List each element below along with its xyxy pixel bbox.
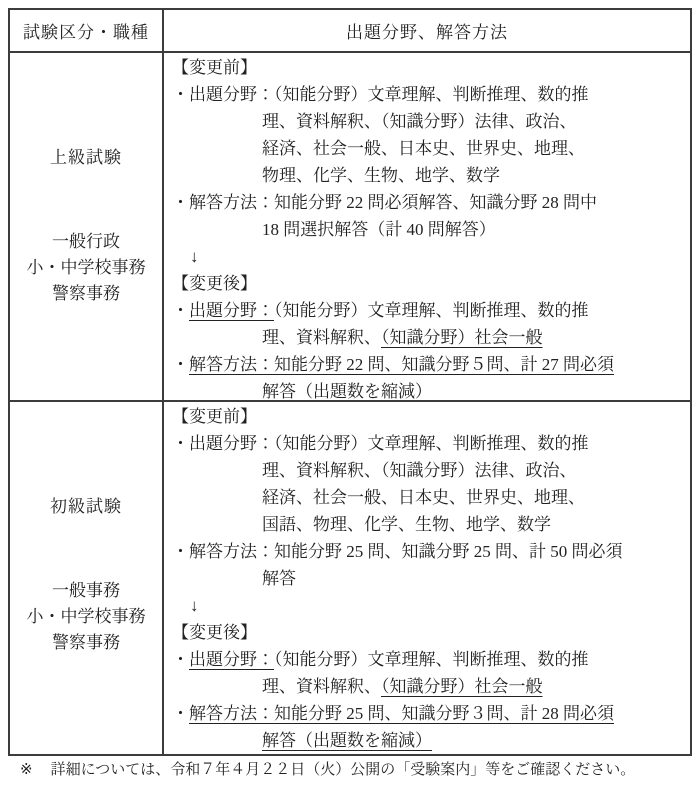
- bullet-label: ・出題分野：: [172, 434, 274, 453]
- cont-plain: 理、資料解釈、: [262, 328, 381, 347]
- continuation-line: 理、資料解釈、（知識分野）法律、政治、: [172, 108, 686, 135]
- cont-underlined: 解答（出題数を縮減）: [262, 382, 432, 400]
- method-text-underlined: 解答方法：知能分野 22 問、知識分野５問、計 27 問必須: [189, 355, 614, 374]
- before-method-bullet-line: ・解答方法：知能分野 25 問、知識分野 25 問、計 50 問必須: [172, 538, 686, 565]
- continuation-line: 理、資料解釈、（知識分野）社会一般: [172, 324, 686, 351]
- content-cell-junior: 【変更前】 ・出題分野：（知能分野）文章理解、判断推理、数的推 理、資料解釈、（…: [164, 402, 690, 754]
- down-arrow-icon: ↓: [172, 243, 686, 270]
- cont-plain: 理、資料解釈、: [262, 677, 381, 696]
- job-item: 一般行政: [27, 229, 146, 255]
- job-item: 小・中学校事務: [27, 255, 146, 281]
- field-label-underlined: 出題分野：: [189, 301, 274, 320]
- bullet-dot: ・: [172, 650, 189, 669]
- bullet-dot: ・: [172, 355, 189, 374]
- continuation-line: 経済、社会一般、日本史、世界史、地理、: [172, 135, 686, 162]
- cont-underlined: 解答（出題数を縮減）: [262, 731, 432, 750]
- field-text: （知能分野）文章理解、判断推理、数的推: [274, 85, 589, 104]
- table-row-senior-exam: 上級試験 一般行政 小・中学校事務 警察事務 【変更前】 ・出題分野：（知能分野…: [10, 53, 690, 402]
- job-list: 一般事務 小・中学校事務 警察事務: [27, 578, 146, 656]
- header-exam-category: 試験区分・職種: [10, 10, 164, 51]
- before-field-bullet-line: ・出題分野：（知能分野）文章理解、判断推理、数的推: [172, 430, 686, 457]
- before-section-label: 【変更前】: [172, 54, 686, 81]
- before-field-bullet-line: ・出題分野：（知能分野）文章理解、判断推理、数的推: [172, 81, 686, 108]
- category-cell-senior: 上級試験 一般行政 小・中学校事務 警察事務: [10, 53, 164, 400]
- after-section-label: 【変更後】: [172, 619, 686, 646]
- job-item: 警察事務: [27, 630, 146, 656]
- footnote-text: 詳細については、令和７年４月２２日（火）公開の「受験案内」等をご確認ください。: [51, 762, 636, 778]
- cont-underlined: （知識分野）社会一般: [381, 677, 543, 696]
- bullet-label: ・解答方法：: [172, 193, 274, 212]
- method-text: 知能分野 22 問必須解答、知識分野 28 問中: [274, 193, 597, 212]
- after-section-label: 【変更後】: [172, 270, 686, 297]
- bullet-dot: ・: [172, 301, 189, 320]
- job-item: 警察事務: [27, 281, 146, 307]
- continuation-line: 経済、社会一般、日本史、世界史、地理、: [172, 484, 686, 511]
- continuation-line: 18 問選択解答（計 40 問解答）: [172, 216, 686, 243]
- continuation-line: 理、資料解釈、（知識分野）法律、政治、: [172, 457, 686, 484]
- table-row-junior-exam: 初級試験 一般事務 小・中学校事務 警察事務 【変更前】 ・出題分野：（知能分野…: [10, 402, 690, 754]
- cont-underlined: （知識分野）社会一般: [381, 328, 543, 347]
- continuation-line: 物理、化学、生物、地学、数学: [172, 162, 686, 189]
- after-field-bullet-line: ・出題分野：（知能分野）文章理解、判断推理、数的推: [172, 646, 686, 673]
- job-item: 一般事務: [27, 578, 146, 604]
- continuation-line: 解答（出題数を縮減）: [172, 378, 686, 400]
- exam-change-table: 試験区分・職種 出題分野、解答方法 上級試験 一般行政 小・中学校事務 警察事務…: [8, 8, 692, 756]
- continuation-line: 解答: [172, 565, 686, 592]
- bullet-label: ・出題分野：: [172, 85, 274, 104]
- footnote: ※詳細については、令和７年４月２２日（火）公開の「受験案内」等をご確認ください。: [20, 759, 635, 781]
- after-method-bullet-line: ・解答方法：知能分野 22 問、知識分野５問、計 27 問必須: [172, 351, 686, 378]
- continuation-line: 理、資料解釈、（知識分野）社会一般: [172, 673, 686, 700]
- method-text-underlined: 解答方法：知能分野 25 問、知識分野３問、計 28 問必須: [189, 704, 614, 723]
- before-section-label: 【変更前】: [172, 403, 686, 430]
- field-text: （知能分野）文章理解、判断推理、数的推: [274, 650, 589, 669]
- after-method-bullet-line: ・解答方法：知能分野 25 問、知識分野３問、計 28 問必須: [172, 700, 686, 727]
- down-arrow-icon: ↓: [172, 592, 686, 619]
- bullet-label: ・解答方法：: [172, 542, 274, 561]
- method-text: 知能分野 25 問、知識分野 25 問、計 50 問必須: [274, 542, 623, 561]
- document-page: 試験区分・職種 出題分野、解答方法 上級試験 一般行政 小・中学校事務 警察事務…: [0, 0, 696, 788]
- field-text: （知能分野）文章理解、判断推理、数的推: [274, 301, 589, 320]
- content-cell-senior: 【変更前】 ・出題分野：（知能分野）文章理解、判断推理、数的推 理、資料解釈、（…: [164, 53, 690, 400]
- reference-mark: ※: [20, 759, 33, 781]
- exam-title: 上級試験: [50, 147, 122, 168]
- category-cell-junior: 初級試験 一般事務 小・中学校事務 警察事務: [10, 402, 164, 754]
- bullet-dot: ・: [172, 704, 189, 723]
- job-item: 小・中学校事務: [27, 604, 146, 630]
- field-label-underlined: 出題分野：: [189, 650, 274, 669]
- header-question-fields: 出題分野、解答方法: [164, 10, 690, 51]
- continuation-line: 国語、物理、化学、生物、地学、数学: [172, 511, 686, 538]
- continuation-line: 解答（出題数を縮減）: [172, 727, 686, 754]
- exam-title: 初級試験: [50, 496, 122, 517]
- after-field-bullet-line: ・出題分野：（知能分野）文章理解、判断推理、数的推: [172, 297, 686, 324]
- job-list: 一般行政 小・中学校事務 警察事務: [27, 229, 146, 307]
- field-text: （知能分野）文章理解、判断推理、数的推: [274, 434, 589, 453]
- before-method-bullet-line: ・解答方法：知能分野 22 問必須解答、知識分野 28 問中: [172, 189, 686, 216]
- table-header-row: 試験区分・職種 出題分野、解答方法: [10, 10, 690, 53]
